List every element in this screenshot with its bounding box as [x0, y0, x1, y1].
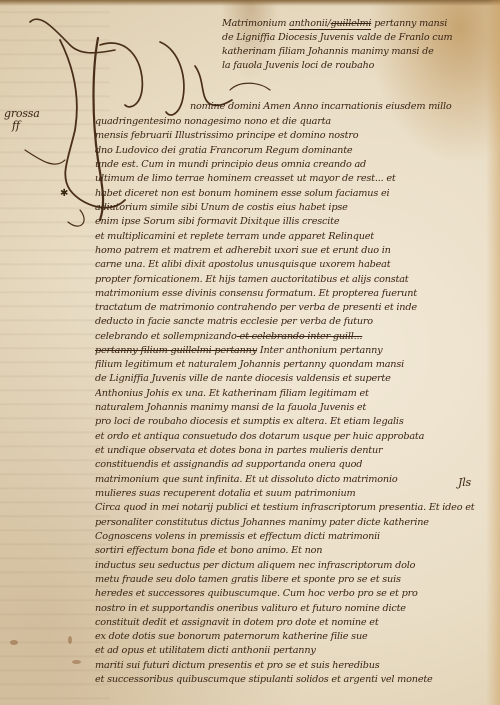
- manuscript-line: mensis februarii Illustrissimo principe …: [95, 130, 490, 142]
- line-text: naturalem Johannis manimy mansi de la fa…: [95, 402, 366, 413]
- manuscript-line: heredes et successores quibuscumque. Cum…: [95, 588, 490, 600]
- line-text: et successoribus quibuscumque stipulanti…: [95, 674, 433, 685]
- manuscript-line: mariti sui futuri dictum presentis et pr…: [95, 660, 490, 672]
- manuscript-page: In Dei grossa ff ✱ Jls lxxxxv Matrimoniu…: [0, 0, 500, 705]
- line-text: tractatum de matrimonio contrahendo per …: [95, 302, 417, 313]
- manuscript-line: et successoribus quibuscumque stipulanti…: [95, 674, 490, 686]
- struck-text: pertanny filium guillelmi pertanny: [95, 345, 257, 356]
- line-text: constituit dedit et assignavit in dotem …: [95, 617, 379, 628]
- line-text: Circa quod in mei notarij publici et tes…: [95, 502, 474, 513]
- line-text: Cognoscens volens in premissis et effect…: [95, 531, 380, 542]
- line-text: nostro in et supportandis oneribus valit…: [95, 603, 406, 614]
- line-text: deducto in facie sancte matris ecclesie …: [95, 316, 373, 327]
- line-text: nomine domini Amen Anno incarnationis ei…: [190, 101, 452, 112]
- manuscript-line: et undique observata et dotes bona in pa…: [95, 445, 490, 457]
- manuscript-line: ultimum de limo terrae hominem creasset …: [95, 173, 490, 185]
- manuscript-line: constituit dedit et assignavit in dotem …: [95, 617, 490, 629]
- line-text: Inter anthonium pertanny: [257, 345, 383, 356]
- manuscript-line: sortiri effectum bona fide et bono animo…: [95, 545, 490, 557]
- line-text: quadringentesimo nonagesimo nono et die …: [95, 116, 331, 127]
- line-text: et ad opus et utilitatem dicti anthonii …: [95, 645, 316, 656]
- manuscript-line: Cognoscens volens in premissis et effect…: [95, 531, 490, 543]
- manuscript-line: Circa quod in mei notarij publici et tes…: [95, 502, 490, 514]
- line-text: ultimum de limo terrae hominem creasset …: [95, 173, 396, 184]
- manuscript-line: personaliter constitutus dictus Johannes…: [95, 517, 490, 529]
- line-text: sortiri effectum bona fide et bono animo…: [95, 545, 322, 556]
- line-text: adiutorium simile sibi Unum de costis ei…: [95, 202, 348, 213]
- line-text: mensis februarii Illustrissimo principe …: [95, 130, 358, 141]
- line-text: inductus seu seductus per dictum aliquem…: [95, 560, 415, 571]
- line-text: de Ligniffia Juvenis ville de nante dioc…: [95, 373, 391, 384]
- manuscript-line: nomine domini Amen Anno incarnationis ei…: [190, 101, 490, 113]
- line-text: heredes et successores quibuscumque. Cum…: [95, 588, 418, 599]
- manuscript-line: dno Ludovico dei gratia Francorum Regum …: [95, 145, 490, 157]
- manuscript-line: habet diceret non est bonum hominem esse…: [95, 188, 490, 200]
- manuscript-line: homo patrem et matrem et adherebit uxori…: [95, 245, 490, 257]
- manuscript-line: mulieres suas recuperent dotalia et suum…: [95, 488, 490, 500]
- line-text: habet diceret non est bonum hominem esse…: [95, 188, 389, 199]
- manuscript-line: pertanny filium guillelmi pertanny Inter…: [95, 345, 490, 357]
- line-text: filium legitimum et naturalem Johannis p…: [95, 359, 404, 370]
- manuscript-line: propter fornicationem. Et hijs tamen auc…: [95, 274, 490, 286]
- line-text: unde est. Cum in mundi principio deus om…: [95, 159, 366, 170]
- line-text: enim ipse Sorum sibi formavit Dixitque i…: [95, 216, 339, 227]
- manuscript-line: enim ipse Sorum sibi formavit Dixitque i…: [95, 216, 490, 228]
- manuscript-line: carne una. Et alibi dixit apostolus unus…: [95, 259, 490, 271]
- manuscript-line: tractatum de matrimonio contrahendo per …: [95, 302, 490, 314]
- manuscript-line: constituendis et assignandis ad supporta…: [95, 459, 490, 471]
- line-text: et multiplicamini et replete terram unde…: [95, 231, 374, 242]
- manuscript-line: Anthonius Johis ex una. Et katherinam fi…: [95, 388, 490, 400]
- line-text: carne una. Et alibi dixit apostolus unus…: [95, 259, 390, 270]
- line-text: matrimonium que sunt infinita. Et ut dis…: [95, 474, 397, 485]
- line-text: metu fraude seu dolo tamen gratis libere…: [95, 574, 401, 585]
- manuscript-line: quadringentesimo nonagesimo nono et die …: [95, 116, 490, 128]
- line-text: homo patrem et matrem et adherebit uxori…: [95, 245, 391, 256]
- line-text: propter fornicationem. Et hijs tamen auc…: [95, 274, 408, 285]
- manuscript-line: ex dote dotis sue bonorum paternorum kat…: [95, 631, 490, 643]
- line-text: et undique observata et dotes bona in pa…: [95, 445, 382, 456]
- entry-body: nomine domini Amen Anno incarnationis ei…: [0, 0, 500, 705]
- line-text: matrimonium esse divinis consensu format…: [95, 288, 417, 299]
- manuscript-line: metu fraude seu dolo tamen gratis libere…: [95, 574, 490, 586]
- line-text: et ordo et antiqua consuetudo dos dotaru…: [95, 431, 424, 442]
- line-text: mulieres suas recuperent dotalia et suum…: [95, 488, 356, 499]
- struck-text: et celebrando inter guill...: [237, 331, 363, 342]
- manuscript-line: unde est. Cum in mundi principio deus om…: [95, 159, 490, 171]
- manuscript-line: et multiplicamini et replete terram unde…: [95, 231, 490, 243]
- manuscript-line: et ad opus et utilitatem dicti anthonii …: [95, 645, 490, 657]
- manuscript-line: inductus seu seductus per dictum aliquem…: [95, 560, 490, 572]
- line-text: celebrando et sollempnizando: [95, 331, 237, 342]
- manuscript-line: deducto in facie sancte matris ecclesie …: [95, 316, 490, 328]
- manuscript-line: pro loci de roubaho diocesis et sumptis …: [95, 416, 490, 428]
- manuscript-line: matrimonium esse divinis consensu format…: [95, 288, 490, 300]
- line-text: constituendis et assignandis ad supporta…: [95, 459, 362, 470]
- line-text: Anthonius Johis ex una. Et katherinam fi…: [95, 388, 369, 399]
- line-text: personaliter constitutus dictus Johannes…: [95, 517, 429, 528]
- manuscript-line: de Ligniffia Juvenis ville de nante dioc…: [95, 373, 490, 385]
- manuscript-line: filium legitimum et naturalem Johannis p…: [95, 359, 490, 371]
- manuscript-line: matrimonium que sunt infinita. Et ut dis…: [95, 474, 490, 486]
- line-text: mariti sui futuri dictum presentis et pr…: [95, 660, 380, 671]
- line-text: ex dote dotis sue bonorum paternorum kat…: [95, 631, 368, 642]
- manuscript-line: adiutorium simile sibi Unum de costis ei…: [95, 202, 490, 214]
- manuscript-line: et ordo et antiqua consuetudo dos dotaru…: [95, 431, 490, 443]
- line-text: pro loci de roubaho diocesis et sumptis …: [95, 416, 404, 427]
- line-text: dno Ludovico dei gratia Francorum Regum …: [95, 145, 352, 156]
- manuscript-line: naturalem Johannis manimy mansi de la fa…: [95, 402, 490, 414]
- manuscript-line: nostro in et supportandis oneribus valit…: [95, 603, 490, 615]
- manuscript-line: celebrando et sollempnizando et celebran…: [95, 331, 490, 343]
